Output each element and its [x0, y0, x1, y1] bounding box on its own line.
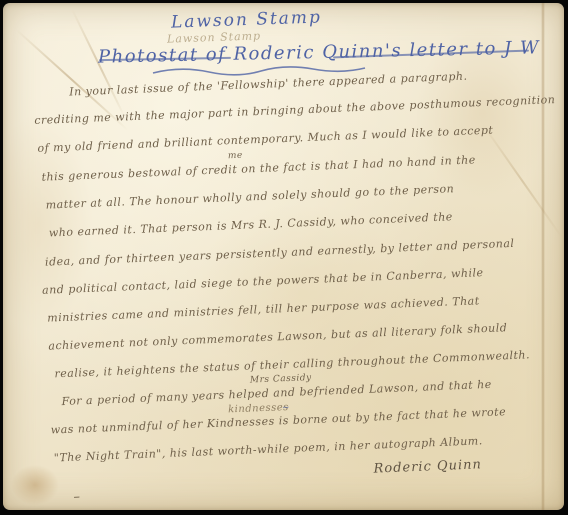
letter-line: ministries came and ministries fell, til… [47, 294, 480, 324]
letter-line: of my old friend and brilliant contempor… [37, 124, 493, 155]
letter-line: matter at all. The honour wholly and sol… [45, 182, 454, 211]
letter-line: and political contact, laid siege to the… [42, 266, 484, 297]
margin-mark: – [73, 489, 81, 504]
letter-line: this generous bestowal of credit on the … [41, 153, 476, 183]
letter-scan-paper: Lawson Stamp Lawson Stamp Photostat of R… [3, 3, 564, 510]
insertion-mrs-cassidy: Mrs Cassidy [250, 373, 312, 385]
letter-line: who earned it. That person is Mrs R. J. … [49, 210, 453, 239]
letter-line: achievement not only commemorates Lawson… [48, 321, 507, 352]
insertion-me: me [228, 151, 243, 162]
insertion-blue-tick: ~ [282, 403, 290, 413]
letter-line: crediting me with the major part in brin… [34, 93, 555, 127]
stamp-note-ink: Lawson Stamp [171, 7, 323, 32]
letter-line: idea, and for thirteen years persistentl… [45, 237, 515, 269]
signature: Roderic Quinn [373, 457, 482, 476]
letter-body: In your last issue of the 'Fellowship' t… [33, 66, 564, 507]
